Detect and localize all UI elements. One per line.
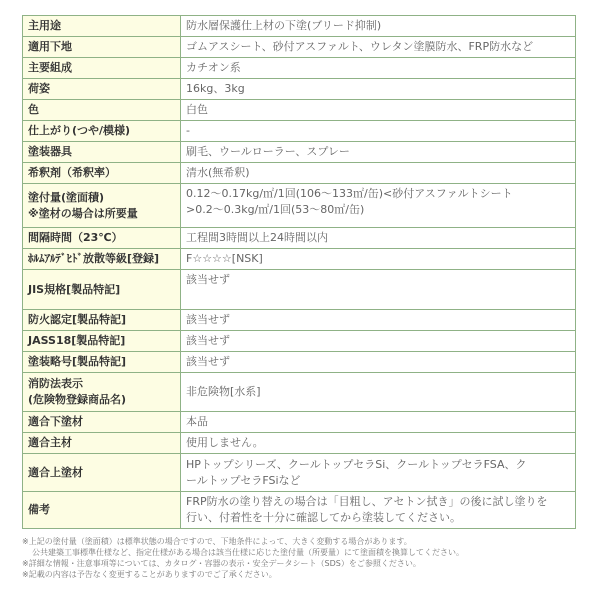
- spec-label: 備考: [23, 492, 181, 529]
- spec-value: 使用しません。: [181, 433, 576, 454]
- spec-value-text: ールトップセラFSiなど: [186, 473, 570, 489]
- spec-label: 間隔時間（23℃）: [23, 228, 181, 249]
- spec-value: 非危険物[水系]: [181, 373, 576, 412]
- spec-label-text: 備考: [28, 502, 175, 518]
- spec-value-text: 16kg、3kg: [186, 81, 570, 97]
- spec-label-text: 荷姿: [28, 81, 175, 97]
- spec-label-text: 消防法表示: [28, 376, 175, 392]
- spec-value: 刷毛、ウールローラー、スプレー: [181, 142, 576, 163]
- spec-value: 0.12～0.17kg/㎡/1回(106～133㎡/缶)<砂付アスファルトシート…: [181, 184, 576, 228]
- product-spec-table: 主用途防水層保護仕上材の下塗(ブリード抑制)適用下地ゴムアスシート、砂付アスファ…: [22, 15, 576, 529]
- spec-value: 該当せず: [181, 270, 576, 310]
- spec-value-text: 該当せず: [186, 272, 570, 288]
- footnote-line: ※詳細な情報・注意事項等については、カタログ・容器の表示・安全データシート（SD…: [22, 558, 582, 569]
- spec-value: 該当せず: [181, 310, 576, 331]
- spec-label: ﾎﾙﾑｱﾙﾃﾞﾋﾄﾞ放散等級[登録]: [23, 249, 181, 270]
- table-row: 希釈剤（希釈率）清水(無希釈): [23, 163, 576, 184]
- spec-value-text: 該当せず: [186, 354, 570, 370]
- spec-label-text: 希釈剤（希釈率）: [28, 165, 175, 181]
- table-row: ﾎﾙﾑｱﾙﾃﾞﾋﾄﾞ放散等級[登録]F☆☆☆☆[NSK]: [23, 249, 576, 270]
- table-row: 適用下地ゴムアスシート、砂付アスファルト、ウレタン塗膜防水、FRP防水など: [23, 37, 576, 58]
- spec-value-text: 該当せず: [186, 333, 570, 349]
- spec-value-text: 使用しません。: [186, 435, 570, 451]
- spec-value-text: カチオン系: [186, 60, 570, 76]
- table-row: 適合下塗材本品: [23, 412, 576, 433]
- table-row: 主要組成カチオン系: [23, 58, 576, 79]
- spec-value-text: 防水層保護仕上材の下塗(ブリード抑制): [186, 18, 570, 34]
- spec-value: 白色: [181, 100, 576, 121]
- spec-value-text: F☆☆☆☆[NSK]: [186, 251, 570, 267]
- spec-value-text: 工程間3時間以上24時間以内: [186, 230, 570, 246]
- spec-label-text: ※塗材の場合は所要量: [28, 206, 175, 222]
- table-row: 備考FRP防水の塗り替えの場合は「目粗し、アセトン拭き」の後に試し塗りを行い、付…: [23, 492, 576, 529]
- footnote-line: ※記載の内容は予告なく変更することがありますのでご了承ください。: [22, 569, 582, 580]
- spec-value: F☆☆☆☆[NSK]: [181, 249, 576, 270]
- spec-value: -: [181, 121, 576, 142]
- spec-label: 防火認定[製品特記]: [23, 310, 181, 331]
- spec-value: 該当せず: [181, 352, 576, 373]
- spec-label-text: (危険物登録商品名): [28, 392, 175, 408]
- spec-value: 防水層保護仕上材の下塗(ブリード抑制): [181, 16, 576, 37]
- spec-label-text: ﾎﾙﾑｱﾙﾃﾞﾋﾄﾞ放散等級[登録]: [28, 251, 175, 267]
- spec-value-text: 清水(無希釈): [186, 165, 570, 181]
- footnotes: ※上記の塗付量（塗面積）は標準状態の場合ですので、下地条件によって、大きく変動す…: [22, 536, 582, 580]
- spec-label: 主要組成: [23, 58, 181, 79]
- spec-value: HPトップシリーズ、クールトップセラSi、クールトップセラFSA、クールトップセ…: [181, 454, 576, 492]
- spec-label-text: 主用途: [28, 18, 175, 34]
- spec-label: 荷姿: [23, 79, 181, 100]
- spec-value-text: HPトップシリーズ、クールトップセラSi、クールトップセラFSA、ク: [186, 457, 570, 473]
- table-row: 荷姿16kg、3kg: [23, 79, 576, 100]
- spec-label: 塗付量(塗面積)※塗材の場合は所要量: [23, 184, 181, 228]
- spec-value-text: ゴムアスシート、砂付アスファルト、ウレタン塗膜防水、FRP防水など: [186, 39, 570, 55]
- spec-value-text: >0.2～0.3kg/㎡/1回(53～80㎡/缶): [186, 202, 570, 218]
- spec-label: 仕上がり(つや/模様): [23, 121, 181, 142]
- spec-label: 塗装器具: [23, 142, 181, 163]
- spec-value-text: FRP防水の塗り替えの場合は「目粗し、アセトン拭き」の後に試し塗りを: [186, 494, 570, 510]
- table-row: 仕上がり(つや/模様)-: [23, 121, 576, 142]
- spec-label: 塗装略号[製品特記]: [23, 352, 181, 373]
- spec-value-text: 本品: [186, 414, 570, 430]
- spec-label-text: 塗装器具: [28, 144, 175, 160]
- spec-label-text: 色: [28, 102, 175, 118]
- spec-label-text: 防火認定[製品特記]: [28, 312, 175, 328]
- table-row: 塗装器具刷毛、ウールローラー、スプレー: [23, 142, 576, 163]
- spec-label-text: 適合下塗材: [28, 414, 175, 430]
- spec-label: 適合主材: [23, 433, 181, 454]
- spec-label-text: JIS規格[製品特記]: [28, 282, 175, 298]
- spec-value: ゴムアスシート、砂付アスファルト、ウレタン塗膜防水、FRP防水など: [181, 37, 576, 58]
- spec-label-text: 間隔時間（23℃）: [28, 230, 175, 246]
- spec-label-text: 適用下地: [28, 39, 175, 55]
- spec-value-text: 0.12～0.17kg/㎡/1回(106～133㎡/缶)<砂付アスファルトシート: [186, 186, 570, 202]
- spec-label: 希釈剤（希釈率）: [23, 163, 181, 184]
- table-row: JIS規格[製品特記]該当せず: [23, 270, 576, 310]
- spec-value-text: -: [186, 123, 570, 139]
- spec-label: 色: [23, 100, 181, 121]
- spec-value: 本品: [181, 412, 576, 433]
- spec-label: 適用下地: [23, 37, 181, 58]
- spec-label-text: 適合上塗材: [28, 465, 175, 481]
- spec-label-text: 塗付量(塗面積): [28, 190, 175, 206]
- table-row: 色白色: [23, 100, 576, 121]
- spec-value: 16kg、3kg: [181, 79, 576, 100]
- spec-label-text: 仕上がり(つや/模様): [28, 123, 175, 139]
- table-row: 適合上塗材HPトップシリーズ、クールトップセラSi、クールトップセラFSA、クー…: [23, 454, 576, 492]
- spec-label-text: 主要組成: [28, 60, 175, 76]
- spec-value: 清水(無希釈): [181, 163, 576, 184]
- footnote-line: 公共建築工事標準仕様など、指定仕様がある場合は該当仕様に応じた塗付量（所要量）に…: [22, 547, 582, 558]
- spec-value-text: 該当せず: [186, 312, 570, 328]
- spec-label: JASS18[製品特記]: [23, 331, 181, 352]
- spec-label: 適合上塗材: [23, 454, 181, 492]
- table-row: 適合主材使用しません。: [23, 433, 576, 454]
- footnote-line: ※上記の塗付量（塗面積）は標準状態の場合ですので、下地条件によって、大きく変動す…: [22, 536, 582, 547]
- spec-value-text: 刷毛、ウールローラー、スプレー: [186, 144, 570, 160]
- spec-value-text: 白色: [186, 102, 570, 118]
- spec-label: 主用途: [23, 16, 181, 37]
- table-row: 主用途防水層保護仕上材の下塗(ブリード抑制): [23, 16, 576, 37]
- table-row: JASS18[製品特記]該当せず: [23, 331, 576, 352]
- spec-value-text: 非危険物[水系]: [186, 384, 570, 400]
- spec-value-text: 行い、付着性を十分に確認してから塗装してください。: [186, 510, 570, 526]
- spec-value: 工程間3時間以上24時間以内: [181, 228, 576, 249]
- table-row: 塗付量(塗面積)※塗材の場合は所要量0.12～0.17kg/㎡/1回(106～1…: [23, 184, 576, 228]
- table-row: 防火認定[製品特記]該当せず: [23, 310, 576, 331]
- table-row: 消防法表示(危険物登録商品名)非危険物[水系]: [23, 373, 576, 412]
- spec-label: 適合下塗材: [23, 412, 181, 433]
- spec-table-body: 主用途防水層保護仕上材の下塗(ブリード抑制)適用下地ゴムアスシート、砂付アスファ…: [23, 16, 576, 529]
- spec-value: 該当せず: [181, 331, 576, 352]
- spec-value: FRP防水の塗り替えの場合は「目粗し、アセトン拭き」の後に試し塗りを行い、付着性…: [181, 492, 576, 529]
- table-row: 間隔時間（23℃）工程間3時間以上24時間以内: [23, 228, 576, 249]
- spec-label: 消防法表示(危険物登録商品名): [23, 373, 181, 412]
- table-row: 塗装略号[製品特記]該当せず: [23, 352, 576, 373]
- spec-label-text: 適合主材: [28, 435, 175, 451]
- spec-label-text: JASS18[製品特記]: [28, 333, 175, 349]
- spec-label-text: 塗装略号[製品特記]: [28, 354, 175, 370]
- spec-value: カチオン系: [181, 58, 576, 79]
- spec-label: JIS規格[製品特記]: [23, 270, 181, 310]
